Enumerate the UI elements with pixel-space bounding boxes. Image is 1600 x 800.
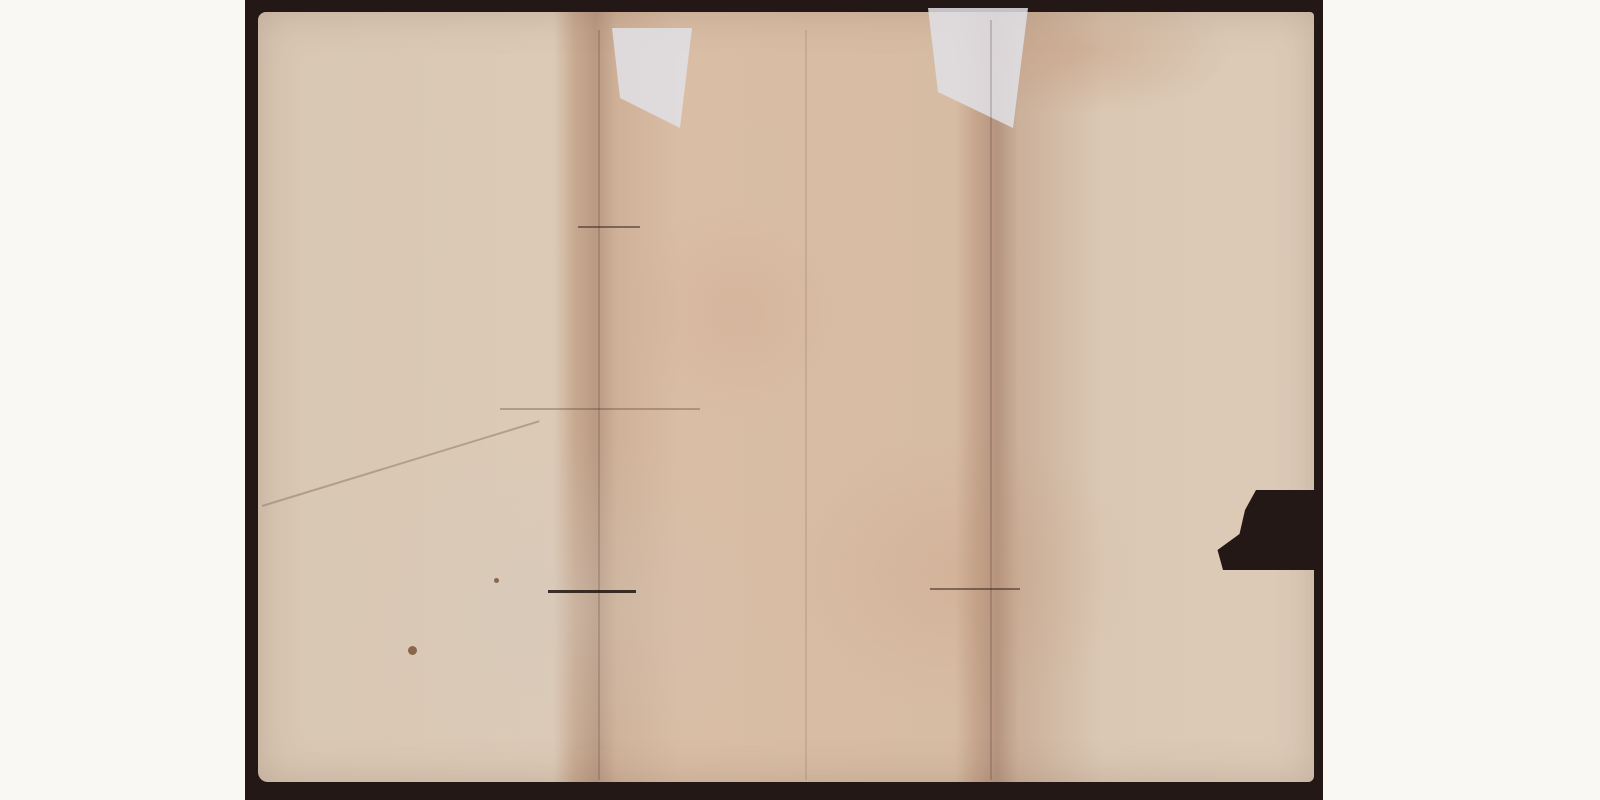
tear-line-1 — [578, 226, 640, 228]
ink-stain — [408, 646, 417, 655]
tear-line-3 — [930, 588, 1020, 590]
aged-paper-sheet — [258, 12, 1314, 782]
tear-line-4 — [500, 408, 700, 410]
tear-line-2 — [548, 590, 636, 593]
fold-crease-left — [598, 30, 600, 780]
fold-crease-center — [805, 30, 807, 780]
fold-crease-right — [990, 20, 992, 780]
ink-dot — [494, 578, 499, 583]
